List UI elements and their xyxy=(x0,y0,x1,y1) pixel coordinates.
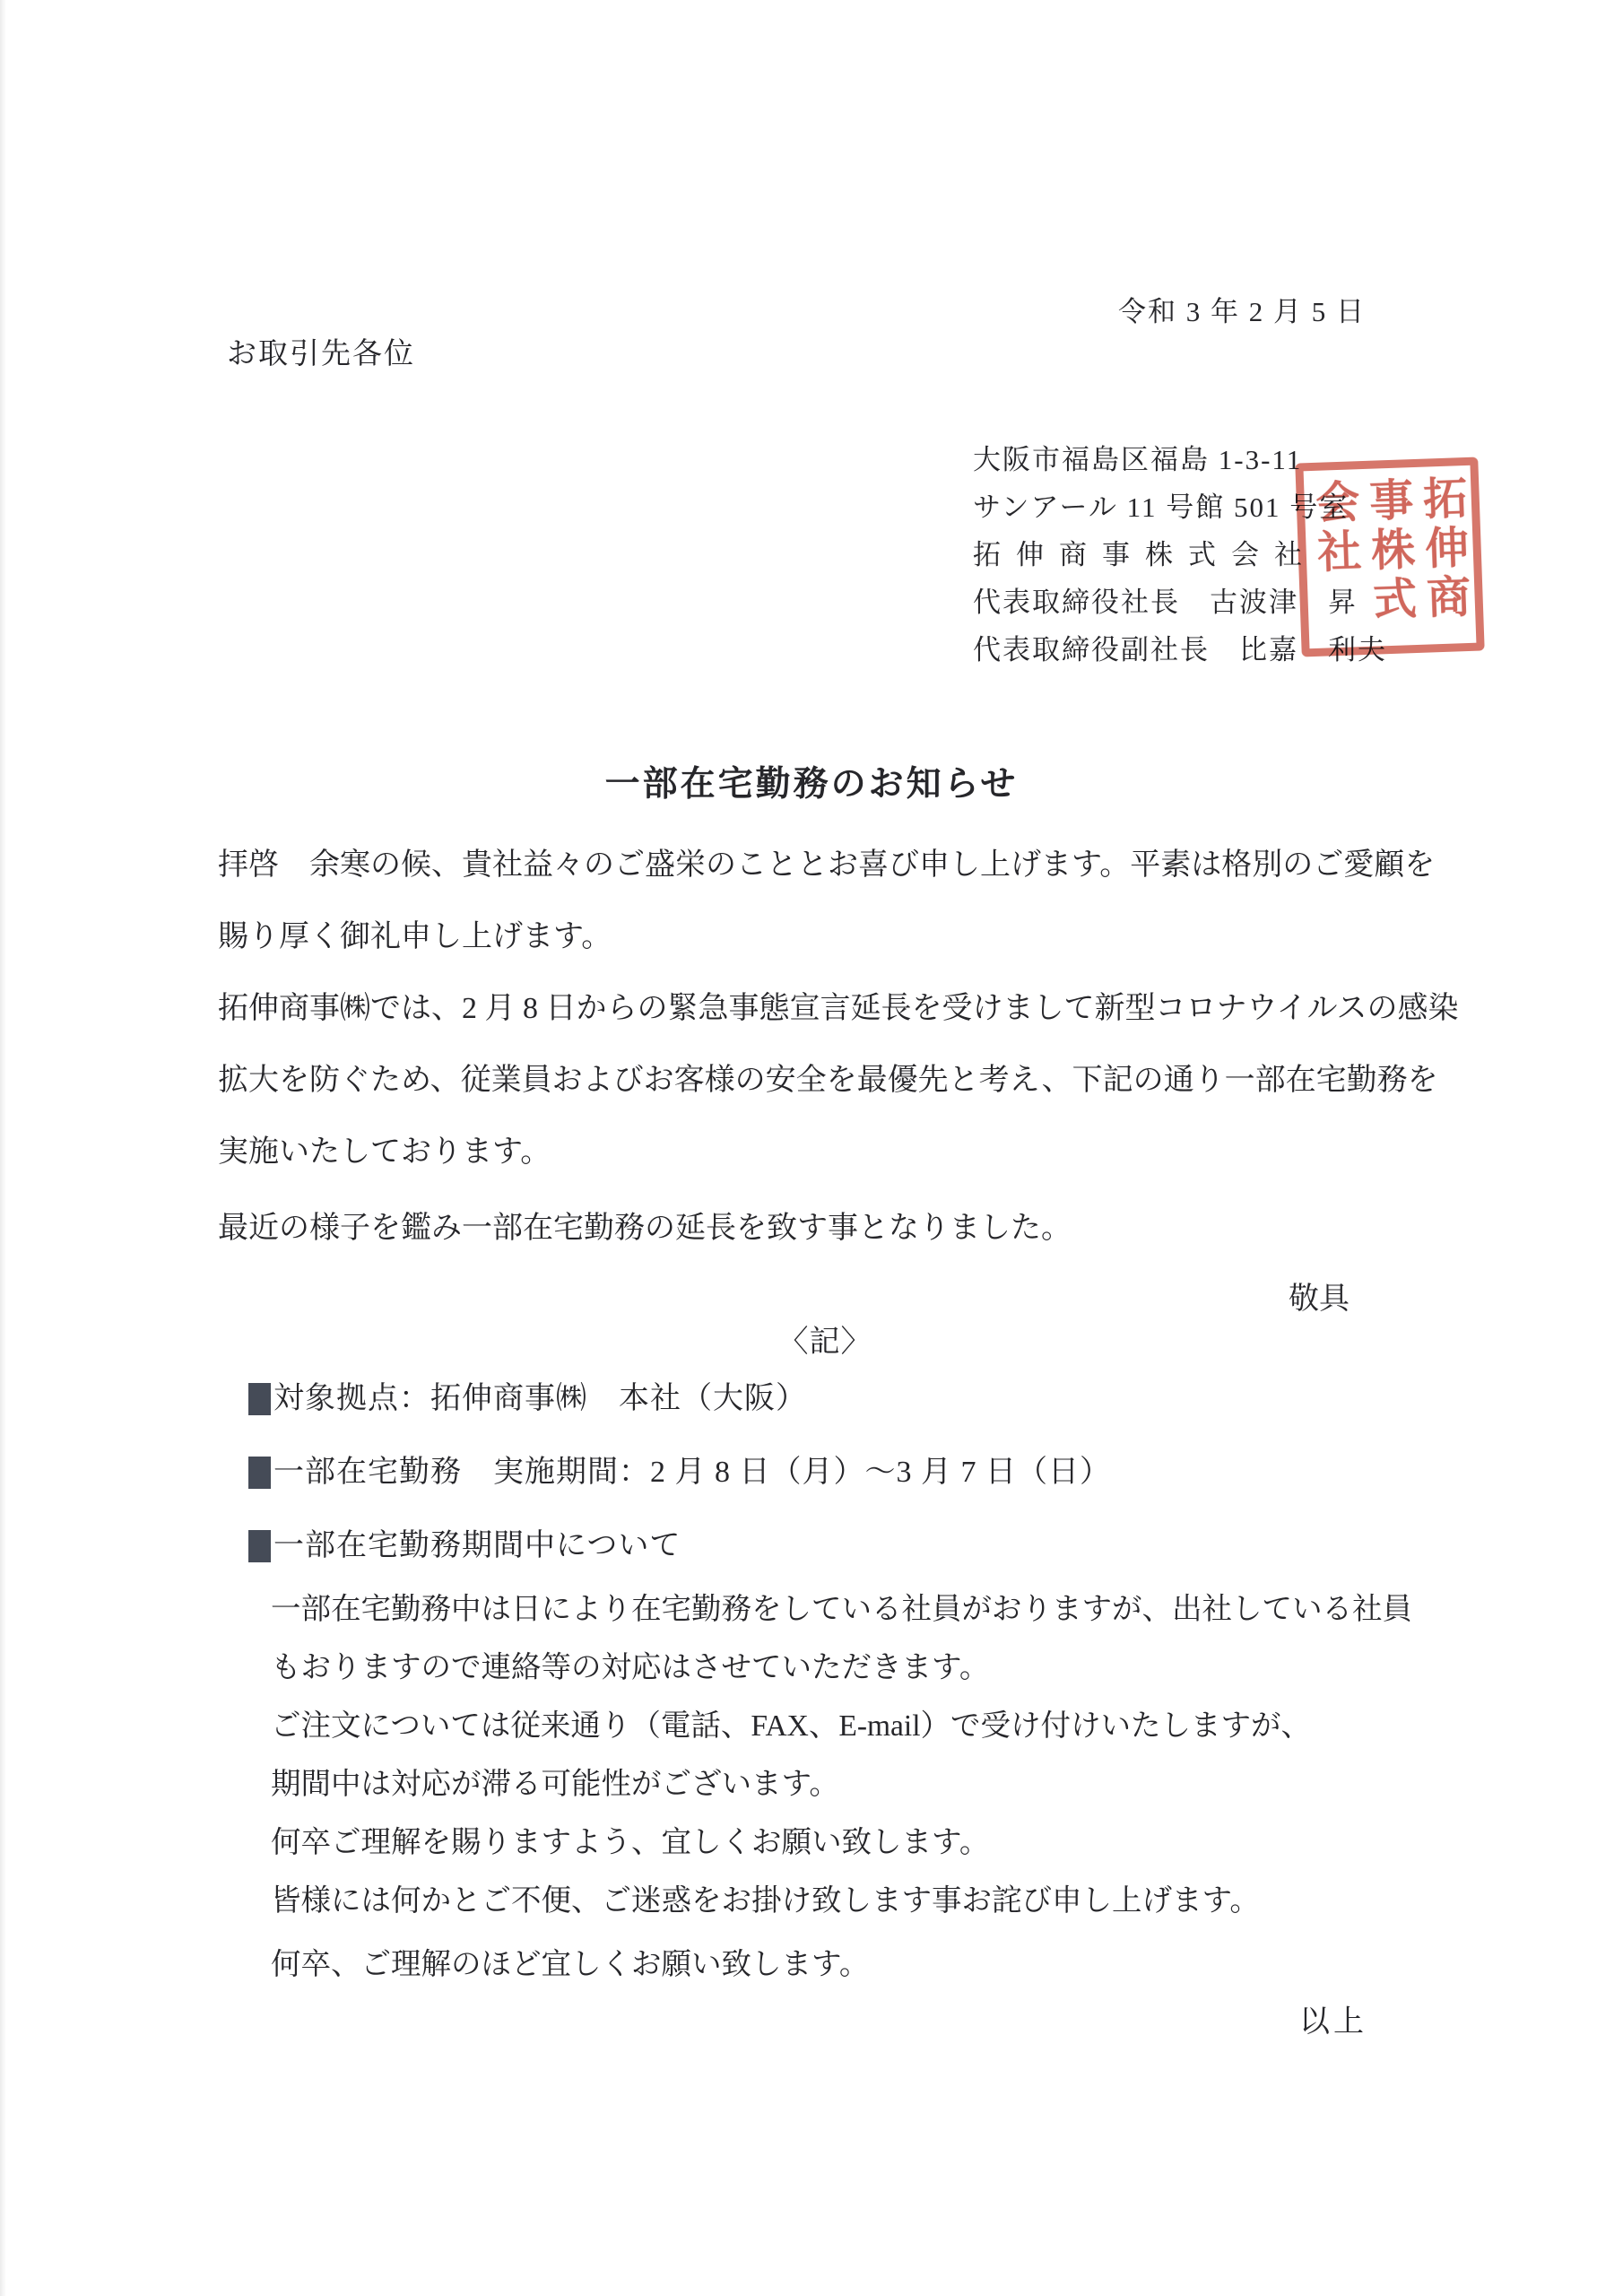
detail-line: 何卒、ご理解のほど宜しくお願い致します。 xyxy=(271,1935,1445,1994)
greeting-line: 拝啓 余寒の候、貴社益々のご盛栄のこととお喜び申し上げます。平素は格別のご愛顧を xyxy=(218,830,1415,901)
bullet-square-icon xyxy=(248,1457,271,1489)
detail-line: もおりますので連絡等の対応はさせていただきます。 xyxy=(271,1639,1445,1697)
greeting-line: 賜り厚く御礼申し上げます。 xyxy=(218,901,1415,973)
extension-line: 最近の様子を鑑み一部在宅勤務の延長を致す事となりました。 xyxy=(218,1193,1415,1265)
end-mark: 以上 xyxy=(1299,1996,1367,2040)
record-mark: 〈記〉 xyxy=(13,1317,1623,1361)
bullet-item-during-period: 一部在宅勤務期間中について xyxy=(248,1524,1111,1569)
bullet-item-period: 一部在宅勤務 実施期間：2 月 8 日（月）～3 月 7 日（日） xyxy=(248,1450,1111,1495)
bullet-square-icon xyxy=(248,1383,271,1415)
body-line: 実施いたしております。 xyxy=(218,1117,1415,1188)
greeting-paragraph: 拝啓 余寒の候、貴社益々のご盛栄のこととお喜び申し上げます。平素は格別のご愛顧を… xyxy=(218,830,1415,973)
closing-word: 敬具 xyxy=(1289,1274,1350,1318)
scanned-letter-page: 令和 3 年 2 月 5 日 お取引先各位 大阪市福島区福島 1-3-11 サン… xyxy=(0,0,1623,2296)
issue-date: 令和 3 年 2 月 5 日 xyxy=(1118,289,1366,329)
detail-line: 一部在宅勤務中は日により在宅勤務をしている社員がおりますが、出社している社員 xyxy=(271,1580,1445,1639)
body-line: 拓伸商事㈱では、2 月 8 日からの緊急事態宣言延長を受けまして新型コロナウイル… xyxy=(218,973,1415,1045)
company-seal-stamp-icon: 拓伸商事株式会社 xyxy=(1295,457,1484,657)
detail-line: ご注文については従来通り（電話、FAX、E-mail）で受け付けいたしますが、 xyxy=(271,1697,1445,1755)
bullet-list: 対象拠点：拓伸商事㈱ 本社（大阪） 一部在宅勤務 実施期間：2 月 8 日（月）… xyxy=(248,1377,1111,1597)
detail-line: 皆様には何かとご不便、ご迷惑をお掛け致します事お詫び申し上げます。 xyxy=(271,1872,1445,1930)
body-paragraph: 拓伸商事㈱では、2 月 8 日からの緊急事態宣言延長を受けまして新型コロナウイル… xyxy=(218,973,1415,1188)
bullet-item-label: 一部在宅勤務 実施期間：2 月 8 日（月）～3 月 7 日（日） xyxy=(273,1450,1111,1495)
company-seal-text: 拓伸商事株式会社 xyxy=(1306,474,1473,639)
recipient-line: お取引先各位 xyxy=(227,330,415,372)
bullet-item-label: 対象拠点：拓伸商事㈱ 本社（大阪） xyxy=(273,1377,807,1422)
detail-line: 期間中は対応が滞る可能性がございます。 xyxy=(271,1755,1445,1813)
extension-paragraph: 最近の様子を鑑み一部在宅勤務の延長を致す事となりました。 xyxy=(218,1193,1415,1265)
bullet-item-label: 一部在宅勤務期間中について xyxy=(273,1524,681,1569)
bullet-item-target-site: 対象拠点：拓伸商事㈱ 本社（大阪） xyxy=(248,1377,1111,1422)
detail-line: 何卒ご理解を賜りますよう、宜しくお願い致します。 xyxy=(271,1813,1445,1872)
notice-title: 一部在宅勤務のお知らせ xyxy=(0,756,1623,806)
bullet-square-icon xyxy=(248,1530,271,1562)
detail-paragraph: 一部在宅勤務中は日により在宅勤務をしている社員がおりますが、出社している社員 も… xyxy=(271,1580,1445,1994)
body-line: 拡大を防ぐため、従業員およびお客様の安全を最優先と考え、下記の通り一部在宅勤務を xyxy=(218,1045,1415,1117)
